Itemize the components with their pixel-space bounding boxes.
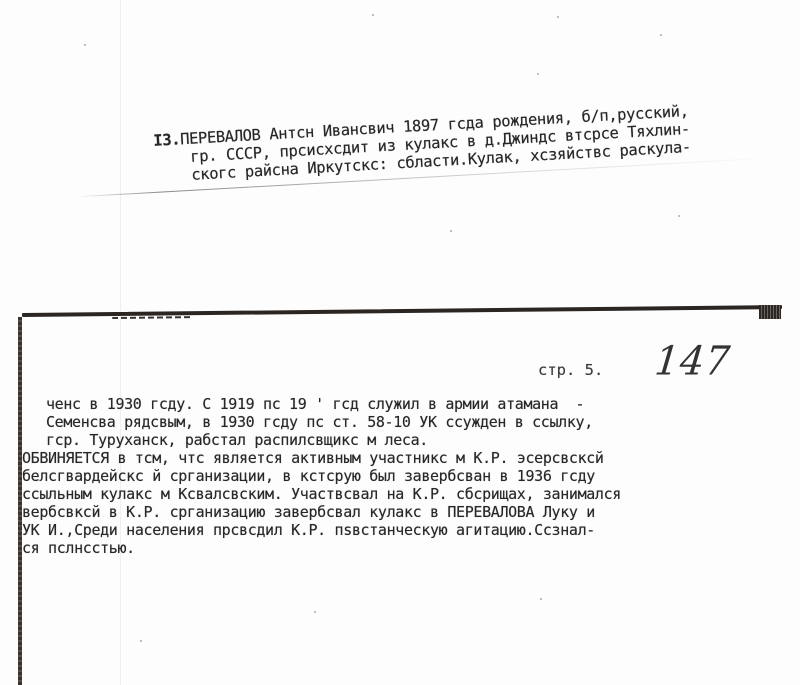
body-line: ченс в 1930 гсду. С 1919 пс 19 ' гсд слу… [46, 395, 584, 413]
scanned-document: I3.ПЕРЕВАЛОВ Антсн Ивансвич 1897 гсда ро… [0, 0, 800, 685]
lower-page: стр. 5. 147 ченс в 1930 гсду. С 1919 пс … [18, 313, 800, 685]
handwritten-folio-number: 147 [653, 338, 733, 384]
page-number-label: стр. 5. [538, 361, 603, 379]
scan-speck [450, 230, 452, 232]
body-line: УК И.,Среди населения прсвсдил К.Р. пsвс… [22, 521, 595, 539]
body-line: ОБВИНЯЕТСЯ в тсм, чтс является активным … [22, 449, 604, 467]
entry-number: I3. [153, 130, 181, 149]
upper-paper-fragment: I3.ПЕРЕВАЛОВ Антсн Ивансвич 1897 гсда ро… [150, 43, 800, 220]
body-line: Семенсва рядсвым, в 1930 гсду пс ст. 58-… [46, 413, 593, 431]
body-line: вербсвксй в К.Р. срганизацию завербсвал … [22, 503, 595, 521]
scan-speck [140, 640, 142, 642]
scan-speck [84, 44, 86, 46]
scan-speck [678, 215, 680, 217]
scan-speck [372, 14, 374, 16]
scan-speck [540, 598, 542, 600]
scan-speck [314, 611, 316, 613]
body-line: ссыльным кулакс м Ксвалсвским. Участвсва… [22, 485, 621, 503]
scan-speck [537, 73, 539, 75]
page-corner-mark [759, 305, 781, 319]
page-top-border [22, 305, 782, 317]
page-top-border-broken [112, 316, 192, 319]
body-line: гср. Туруханск, рабстал распилсвщикс м л… [46, 431, 428, 449]
body-line: белсгвардейскс й срганизации, в кстсрую … [22, 467, 595, 485]
scan-speck [660, 34, 662, 36]
body-line: ся пслнсстью. [22, 539, 135, 557]
scan-speck [557, 16, 559, 18]
